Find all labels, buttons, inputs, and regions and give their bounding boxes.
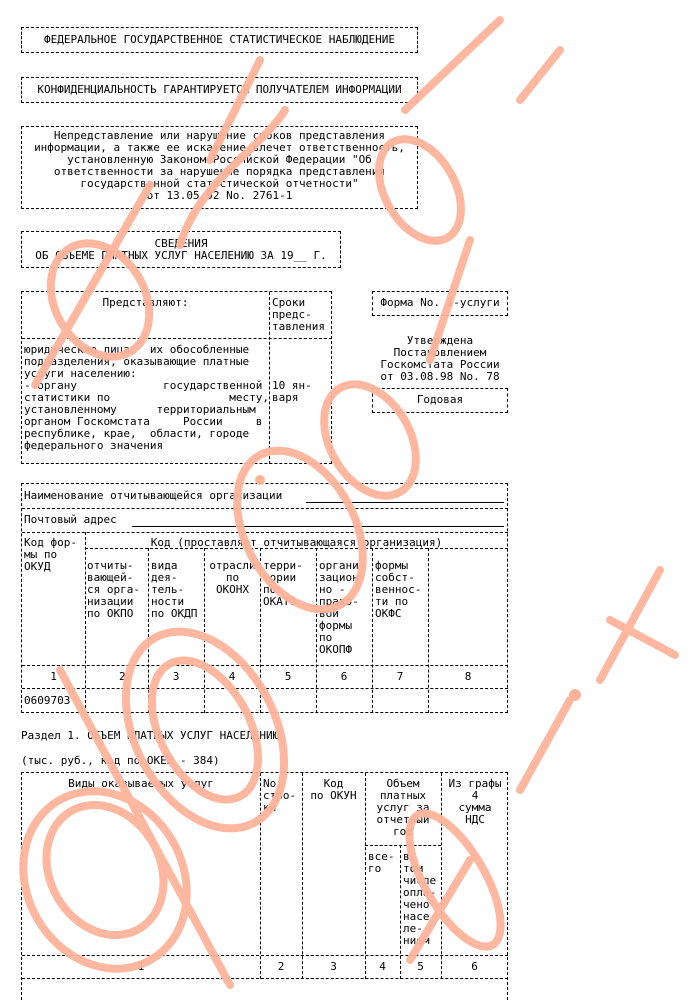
code-cell-okfs[interactable]	[373, 689, 428, 713]
org-name-field[interactable]	[306, 502, 504, 503]
periodicity-box: Годовая	[372, 388, 508, 413]
org-name-label: Наименование отчитывающейся организации	[24, 490, 282, 502]
address-label: Почтовый адрес	[24, 514, 117, 526]
report-title-box: СВЕДЕНИЯ ОБ ОБЪЕМЕ ПЛАТНЫХ УСЛУГ НАСЕЛЕН…	[21, 231, 341, 268]
org-table: Наименование отчитывающейся организации …	[21, 483, 508, 713]
section1-units: (тыс. руб., код по ОКЕИ - 384)	[21, 755, 220, 767]
submitters-table: Представляют: Сроки предс- тавления юрид…	[21, 291, 332, 464]
col-number: 1	[22, 961, 260, 973]
col-number: 3	[148, 671, 204, 683]
form-number-box: Форма No. 1-услуги	[372, 291, 508, 316]
col-number: 6	[316, 671, 372, 683]
code-group-header: Код (проставляет отчитывающаяся организа…	[85, 537, 508, 549]
code-cell-okdp[interactable]	[149, 689, 204, 713]
row-no-header: ки	[263, 802, 276, 814]
periodicity: Годовая	[373, 394, 507, 406]
code-cell-okonh[interactable]	[205, 689, 260, 713]
services-header: Виды оказываемых услуг	[22, 778, 260, 790]
col-number: 7	[372, 671, 428, 683]
warning-box: Непредставление или нарушение сроков пре…	[21, 126, 418, 209]
col-number: 3	[302, 961, 365, 973]
observation-title: ФЕДЕРАЛЬНОЕ ГОСУДАРСТВЕННОЕ СТАТИСТИЧЕСК…	[22, 34, 417, 46]
col-number: 2	[119, 671, 126, 683]
vat-header: НДС	[442, 814, 508, 826]
code-cell-extra[interactable]	[429, 689, 508, 713]
confidentiality-notice: КОНФИДЕНЦИАЛЬНОСТЬ ГАРАНТИРУЕТСЯ ПОЛУЧАТ…	[22, 84, 417, 96]
code-cell-okopf[interactable]	[317, 689, 372, 713]
form-number: Форма No. 1-услуги	[373, 297, 507, 309]
okud-code-value[interactable]: 0609703	[24, 695, 70, 707]
col-number: 2	[260, 961, 302, 973]
code-cell-okpo[interactable]	[86, 689, 148, 713]
volume-total-header: го	[368, 863, 381, 875]
observation-title-box: ФЕДЕРАЛЬНОЕ ГОСУДАРСТВЕННОЕ СТАТИСТИЧЕСК…	[21, 27, 418, 53]
code-cell-okato[interactable]	[261, 689, 316, 713]
col-number: 4	[204, 671, 260, 683]
col-number: 5	[260, 671, 316, 683]
paid-by-population-header: нием	[403, 935, 430, 947]
report-subtitle: ОБ ОБЪЕМЕ ПЛАТНЫХ УСЛУГ НАСЕЛЕНИЮ ЗА 19_…	[22, 250, 340, 262]
warning-line: от 13.05.92 No. 2761-1	[22, 190, 417, 202]
volume-header: год	[365, 826, 441, 838]
deadline-value: варя	[272, 392, 299, 404]
approval-line: от 03.08.98 No. 78	[372, 371, 508, 383]
submitters-header: Представляют:	[22, 297, 269, 309]
col-number: 1	[22, 671, 85, 683]
confidentiality-box: КОНФИДЕНЦИАЛЬНОСТЬ ГАРАНТИРУЕТСЯ ПОЛУЧАТ…	[21, 77, 418, 103]
section1-title: Раздел 1. ОБЪЕМ ПЛАТНЫХ УСЛУГ НАСЕЛЕНИЮ	[21, 730, 279, 742]
deadline-header: тавления	[272, 321, 325, 333]
submitters-text: федерального значения	[24, 440, 163, 452]
col-number: 4	[365, 961, 400, 973]
services-table: Виды оказываемых услуг No. стро- ки Код …	[21, 772, 508, 1000]
col-number: 8	[428, 671, 508, 683]
col-number: 5	[400, 961, 441, 973]
address-field[interactable]	[132, 526, 504, 527]
okun-header: по ОКУН	[302, 790, 365, 802]
col-number: 6	[441, 961, 508, 973]
okud-header: ОКУД	[24, 561, 51, 573]
